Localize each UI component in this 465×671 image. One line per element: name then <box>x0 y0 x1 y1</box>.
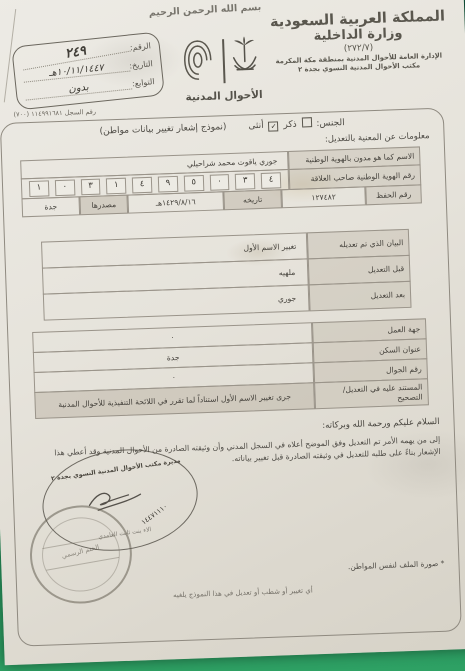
ministry-header: المملكة العربية السعودية وزارة الداخلية … <box>266 8 450 76</box>
section-title: معلومات عن المعنية بالتعديل: <box>325 131 430 145</box>
file-date-label: تاريخه <box>223 189 282 210</box>
registry-stamp-box: الرقم: ٢٤٩ التاريخ: ١٠/١١/١٤٤٧هـ التوابع… <box>11 31 165 110</box>
male-checkbox-icon <box>301 117 311 127</box>
gender-male-label: ذكر <box>283 120 297 130</box>
footnote-no-alteration: أي تغيير أو شطب أو تعديل في هذا النموذج … <box>135 585 350 600</box>
id-digit-box: ٣ <box>80 178 100 195</box>
supporting-document-label: المستند عليه في التعديل/التصحيح <box>314 378 429 409</box>
file-date-value: ١٤٢٩/٨/١٦هـ <box>127 191 224 213</box>
stamp-attachments-label: التوابع: <box>132 77 155 88</box>
id-digit-box: ١ <box>106 177 126 194</box>
identity-table: الاسم كما هو مدون بالهوية الوطنية جوري ي… <box>20 147 422 217</box>
record-number: رقم السجل ١١٤٩٩١٦٨١ (٧٠٠) <box>13 108 96 119</box>
photo-of-document: { "colors": { "background_green": "#1e85… <box>0 0 465 671</box>
fingerprint-icon <box>179 35 217 88</box>
female-checkbox-checked-icon: ✓ <box>268 121 278 131</box>
paper-sheet: بسم الله الرحمن الرحيم المملكة العربية ا… <box>0 0 465 665</box>
id-digit-box: ٤ <box>261 172 281 189</box>
civil-affairs-logo <box>179 34 267 89</box>
file-number-value: ١٢٧٤٨٢ <box>281 186 366 208</box>
gender-line: الجنس: ذكر ✓ أنثى <box>248 116 345 132</box>
logo-caption: الأحوال المدنية <box>169 88 279 104</box>
amendment-table: البيان الذي تم تعديله تغيير الاسم الأول … <box>41 230 411 321</box>
after-amendment-label: بعد التعديل <box>309 281 412 312</box>
file-source-label: مصدرها <box>79 195 128 216</box>
form-title: (نموذج إشعار تغيير بيانات مواطن) <box>99 122 226 136</box>
stamp-number-label: الرقم: <box>129 41 151 52</box>
salutation: السلام عليكم ورحمة الله وبركاته: <box>322 417 440 431</box>
contact-table: جهة العمل · عنوان السكن جدة رقم الجوال ·… <box>32 319 429 419</box>
saudi-emblem-icon <box>230 35 258 86</box>
id-digit-box: ٠ <box>209 174 229 191</box>
file-source-value: جدة <box>21 196 80 217</box>
form-outline-box: الجنس: ذكر ✓ أنثى (نموذج إشعار تغيير بيا… <box>0 108 462 647</box>
logo-divider <box>222 39 225 83</box>
id-digit-box: ٩ <box>158 175 178 192</box>
id-digit-box: ٥ <box>184 174 204 191</box>
id-digit-box: ٠ <box>55 179 75 196</box>
id-digit-box: ١ <box>29 180 49 197</box>
stamp-date-label: التاريخ: <box>129 59 153 70</box>
gender-female-label: أنثى <box>248 121 264 132</box>
id-digit-box: ٤ <box>132 176 152 193</box>
id-digit-box: ٣ <box>235 173 255 190</box>
bismillah-text: بسم الله الرحمن الرحيم <box>140 1 270 19</box>
footnote-citizen-copy: * صورة الملف لنفس المواطن. <box>348 559 445 571</box>
file-number-label: رقم الحفظ <box>365 184 422 205</box>
gender-label: الجنس: <box>316 118 345 129</box>
